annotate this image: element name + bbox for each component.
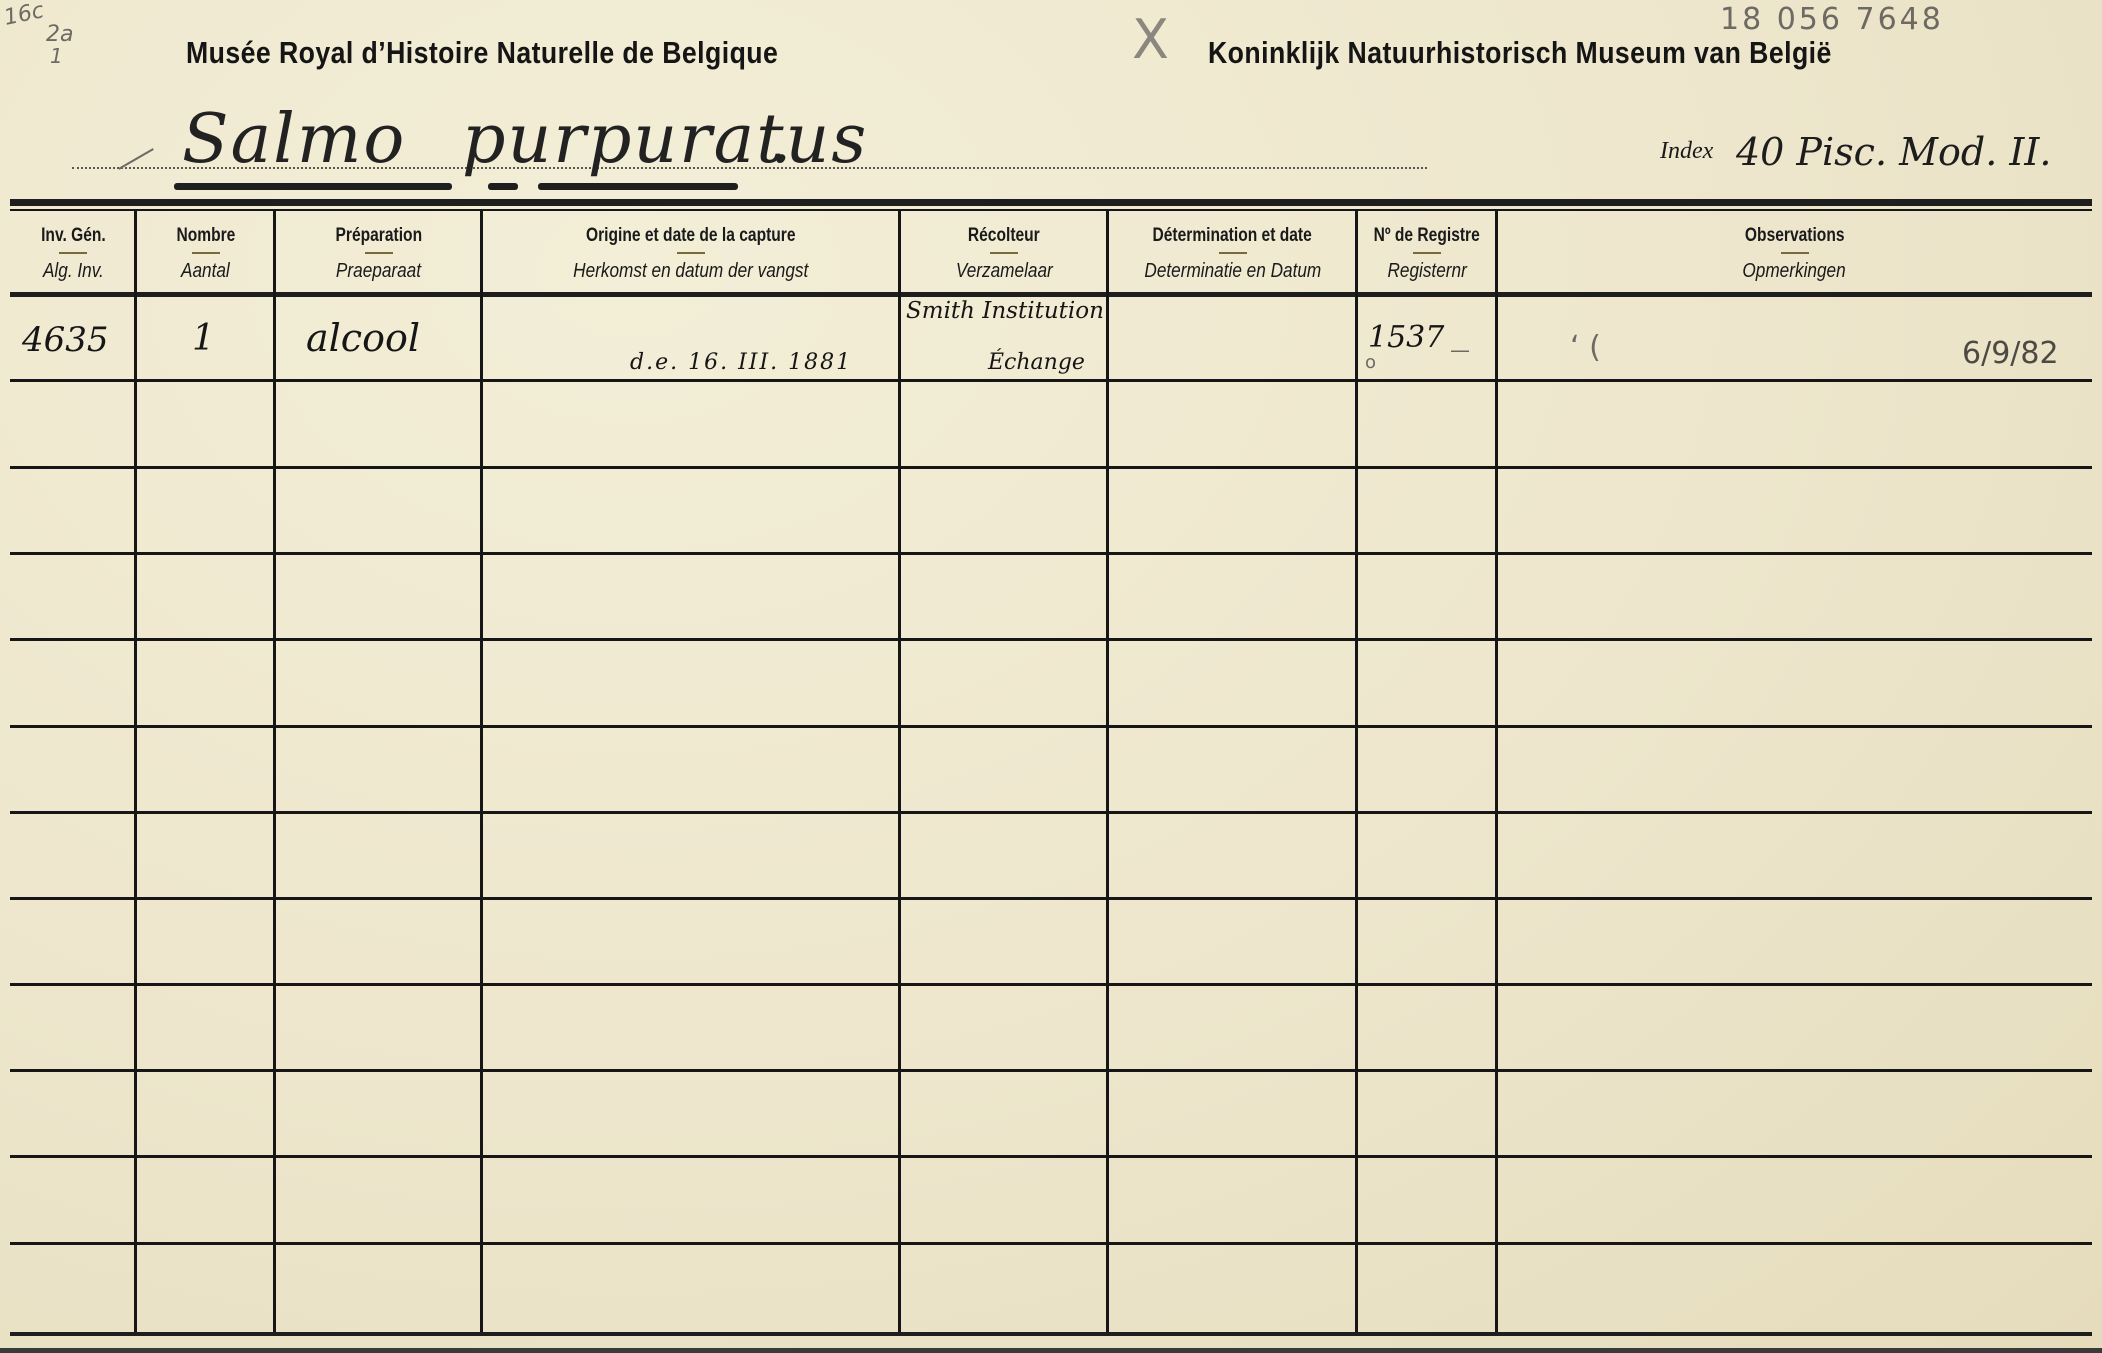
column-header-nl: Registernr: [1387, 260, 1466, 283]
cell-observations-date: 6/9/82: [1962, 336, 2059, 371]
row-divider: [10, 1155, 2092, 1158]
column-header-nl: Determinatie en Datum: [1144, 260, 1321, 283]
row-divider: [10, 725, 2092, 728]
column-header-inv: Inv. Gén. Alg. Inv.: [10, 216, 136, 292]
row-divider: [10, 897, 2092, 900]
column-header-fr: Préparation: [335, 225, 422, 247]
row-divider: [10, 552, 2092, 555]
column-header-origine: Origine et date de la capture Herkomst e…: [482, 216, 900, 292]
epithet-underline-2: [538, 183, 738, 190]
pencil-x-mark: X: [1132, 8, 1169, 71]
row-divider: [10, 1242, 2092, 1245]
header-dash: [1781, 252, 1809, 254]
cell-registre-note: o: [1365, 352, 1376, 373]
header-dash: [1219, 252, 1247, 254]
cell-registre: 1537: [1368, 320, 1444, 355]
cell-registre-dash: —: [1450, 338, 1470, 362]
column-header-nombre: Nombre Aantal: [136, 216, 275, 292]
header-bottom-border: [10, 292, 2092, 297]
row-divider: [10, 379, 2092, 382]
header-dash: [1413, 252, 1441, 254]
card-bottom-edge: [0, 1348, 2102, 1353]
cell-nombre: 1: [192, 318, 215, 359]
column-header-preparation: Préparation Praeparaat: [275, 216, 482, 292]
column-header-nl: Opmerkingen: [1743, 260, 1846, 283]
index-value: 40 Pisc. Mod. II.: [1736, 130, 2051, 174]
pencil-note-1: 16c: [2, 0, 46, 31]
header-dash: [677, 252, 705, 254]
index-label: Index: [1660, 138, 1713, 165]
column-header-observations: Observations Opmerkingen: [1497, 216, 2092, 292]
cell-observations-mark: ‘ (: [1570, 330, 1601, 365]
table-top-border: [10, 199, 2092, 206]
column-header-nl: Praeparaat: [336, 260, 421, 283]
cell-recolteur-line2: Échange: [988, 350, 1085, 375]
column-header-recolteur: Récolteur Verzamelaar: [900, 216, 1108, 292]
column-header-fr: Inv. Gén.: [41, 225, 106, 247]
cell-origine: d.e. 16. III. 1881: [630, 350, 852, 375]
header-dash: [365, 252, 393, 254]
genus-underline: [174, 183, 452, 190]
row-divider: [10, 983, 2092, 986]
column-header-fr: Détermination et date: [1153, 225, 1312, 247]
header-french: Musée Royal d’Histoire Naturelle de Belg…: [186, 35, 778, 71]
cell-preparation: alcool: [306, 316, 420, 360]
epithet-underline-1: [488, 183, 518, 190]
header-dash: [990, 252, 1018, 254]
species-epithet: purpuratus: [462, 100, 868, 179]
species-period: .: [770, 100, 794, 179]
column-header-fr: Récolteur: [968, 225, 1040, 247]
column-header-fr: Observations: [1745, 225, 1845, 247]
header-dash: [59, 252, 87, 254]
row-divider: [10, 466, 2092, 469]
cell-inv-number: 4635: [22, 320, 109, 360]
species-genus: Salmo: [182, 100, 406, 179]
column-header-nl: Herkomst en datum der vangst: [573, 260, 808, 283]
header-dutch: Koninklijk Natuurhistorisch Museum van B…: [1208, 35, 1832, 71]
column-header-fr: Nombre: [176, 225, 235, 247]
header-dash: [192, 252, 220, 254]
row-divider: [10, 811, 2092, 814]
column-header-nl: Aantal: [181, 260, 230, 283]
row-divider: [10, 638, 2092, 641]
column-header-registre: Nº de Registre Registernr: [1357, 216, 1497, 292]
pencil-note-3: 1: [50, 44, 63, 68]
column-header-fr: Origine et date de la capture: [586, 225, 796, 247]
pencil-catalog-number: 18 056 7648: [1720, 2, 1944, 37]
column-header-nl: Alg. Inv.: [43, 260, 104, 283]
column-header-determination: Détermination et date Determinatie en Da…: [1108, 216, 1357, 292]
table-bottom-border: [10, 1332, 2092, 1336]
row-divider: [10, 1069, 2092, 1072]
table-top-thin-border: [10, 209, 2092, 211]
column-header-fr: Nº de Registre: [1374, 225, 1480, 247]
cell-recolteur-line1: Smith Institution: [906, 298, 1104, 324]
column-header-nl: Verzamelaar: [956, 260, 1053, 283]
